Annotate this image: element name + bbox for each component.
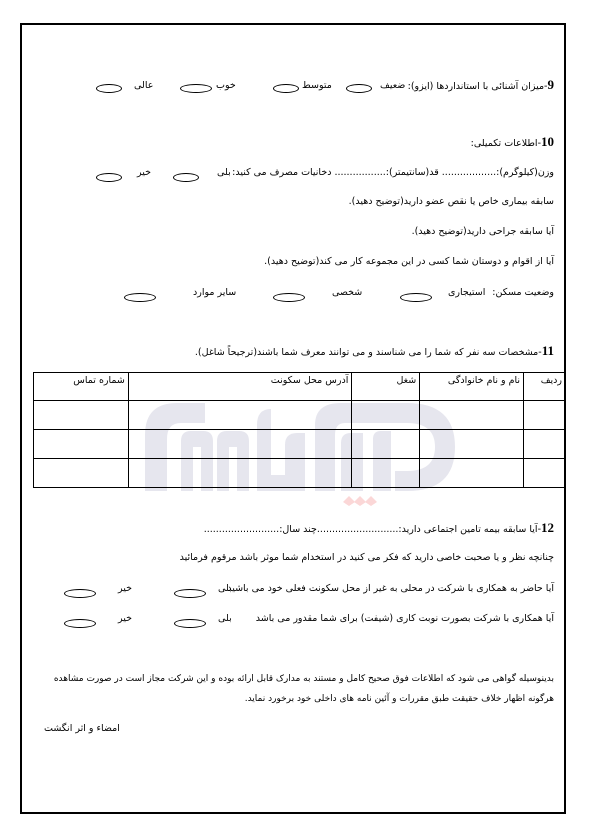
section9-text: -میزان آشنائی با استانداردها (ایزو): [408, 81, 548, 92]
surgery-question: آیا سابقه جراحی دارید(توضیح دهید). [412, 225, 554, 239]
cell-occupation[interactable] [352, 401, 420, 430]
section12-title-text: -آیا سابقه بیمه تامین اجتماعی دارید:....… [204, 524, 541, 535]
option-weak-label: ضعیف [380, 79, 405, 93]
radio-housing-rent[interactable] [400, 293, 432, 302]
housing-other-label: سایر موارد [193, 286, 236, 300]
signature-label: امضاء و اثر انگشت [44, 722, 120, 736]
section10-title: 10-اطلاعات تکمیلی: [471, 135, 554, 151]
header-row-number: ردیف [524, 373, 566, 401]
smoking-no-label: خیر [137, 166, 151, 180]
radio-excellent[interactable] [96, 84, 122, 93]
option-excellent-label: عالی [134, 79, 153, 93]
smoking-yes-label: بلی [217, 166, 231, 180]
shift-yes-label: بلی [218, 612, 232, 626]
relocate-yes-label: بلی [218, 582, 232, 596]
opinion-request: چنانچه نظر و یا صحبت خاصی دارید که فکر م… [180, 551, 554, 565]
cell-row-number[interactable] [524, 430, 566, 459]
radio-housing-other[interactable] [124, 293, 156, 302]
header-address: آدرس محل سکونت [128, 373, 351, 401]
cell-row-number[interactable] [524, 401, 566, 430]
header-phone: شماره تماس [34, 373, 129, 401]
radio-relocate-no[interactable] [64, 589, 96, 598]
radio-medium[interactable] [273, 84, 299, 93]
cell-address[interactable] [128, 430, 351, 459]
section11-number: 11 [542, 343, 554, 358]
cell-occupation[interactable] [352, 459, 420, 488]
radio-weak[interactable] [346, 84, 372, 93]
section10-number: 10 [541, 134, 554, 149]
cell-row-number[interactable] [524, 459, 566, 488]
references-table: ردیف نام و نام خانوادگی شغل آدرس محل سکو… [33, 372, 566, 488]
declaration-line-1: بدینوسیله گواهی می شود که اطلاعات فوق صح… [54, 672, 554, 686]
cell-phone[interactable] [34, 430, 129, 459]
section12-title: 12-آیا سابقه بیمه تامین اجتماعی دارید:..… [204, 521, 554, 537]
option-good-label: خوب [216, 79, 236, 93]
cell-address[interactable] [128, 459, 351, 488]
section11-title-text: -مشخصات سه نفر که شما را می شناسند و می … [195, 347, 542, 358]
housing-label-text: وضعیت مسکن: [492, 287, 554, 298]
radio-shift-no[interactable] [64, 619, 96, 628]
section9-number: 9 [548, 77, 555, 92]
radio-good[interactable] [180, 84, 212, 93]
section11-title: 11-مشخصات سه نفر که شما را می شناسند و م… [195, 344, 554, 360]
section10-title-text: -اطلاعات تکمیلی: [471, 138, 541, 149]
relocate-no-label: خیر [118, 582, 132, 596]
table-row [34, 401, 566, 430]
cell-phone[interactable] [34, 401, 129, 430]
watermark-accent-icon [343, 494, 377, 506]
housing-owned-label: شخصی [332, 286, 362, 300]
section12-number: 12 [541, 520, 554, 535]
table-row [34, 430, 566, 459]
table-row [34, 459, 566, 488]
header-occupation: شغل [352, 373, 420, 401]
relocate-question: آیا حاضر به همکاری با شرکت در محلی به غی… [227, 582, 554, 596]
cell-phone[interactable] [34, 459, 129, 488]
cell-full-name[interactable] [420, 459, 524, 488]
radio-smoking-yes[interactable] [173, 173, 199, 182]
radio-smoking-no[interactable] [96, 173, 122, 182]
table-header-row: ردیف نام و نام خانوادگی شغل آدرس محل سکو… [34, 373, 566, 401]
section9-label: 9-میزان آشنائی با استانداردها (ایزو): [408, 78, 554, 94]
radio-housing-owned[interactable] [273, 293, 305, 302]
weight-height-smoking-line: وزن(کیلوگرم):.................. قد(سانتی… [232, 166, 554, 180]
declaration-line-2: هرگونه اظهار خلاف حقیقت طبق مقررات و آئی… [245, 692, 554, 706]
radio-shift-yes[interactable] [174, 619, 206, 628]
housing-rent-label: استیجاری [448, 286, 485, 300]
housing-label: وضعیت مسکن: [492, 286, 554, 300]
cell-full-name[interactable] [420, 430, 524, 459]
header-full-name: نام و نام خانوادگی [420, 373, 524, 401]
cell-address[interactable] [128, 401, 351, 430]
disease-question: سابقه بیماری خاص یا نقص عضو دارید(توضیح … [349, 195, 554, 209]
option-medium-label: متوسط [302, 79, 332, 93]
radio-relocate-yes[interactable] [174, 589, 206, 598]
shift-question: آیا همکاری با شرکت بصورت نوبت کاری (شیفت… [256, 612, 554, 626]
cell-full-name[interactable] [420, 401, 524, 430]
relatives-question: آیا از اقوام و دوستان شما کسی در این مجم… [264, 255, 554, 269]
shift-no-label: خیر [118, 612, 132, 626]
cell-occupation[interactable] [352, 430, 420, 459]
